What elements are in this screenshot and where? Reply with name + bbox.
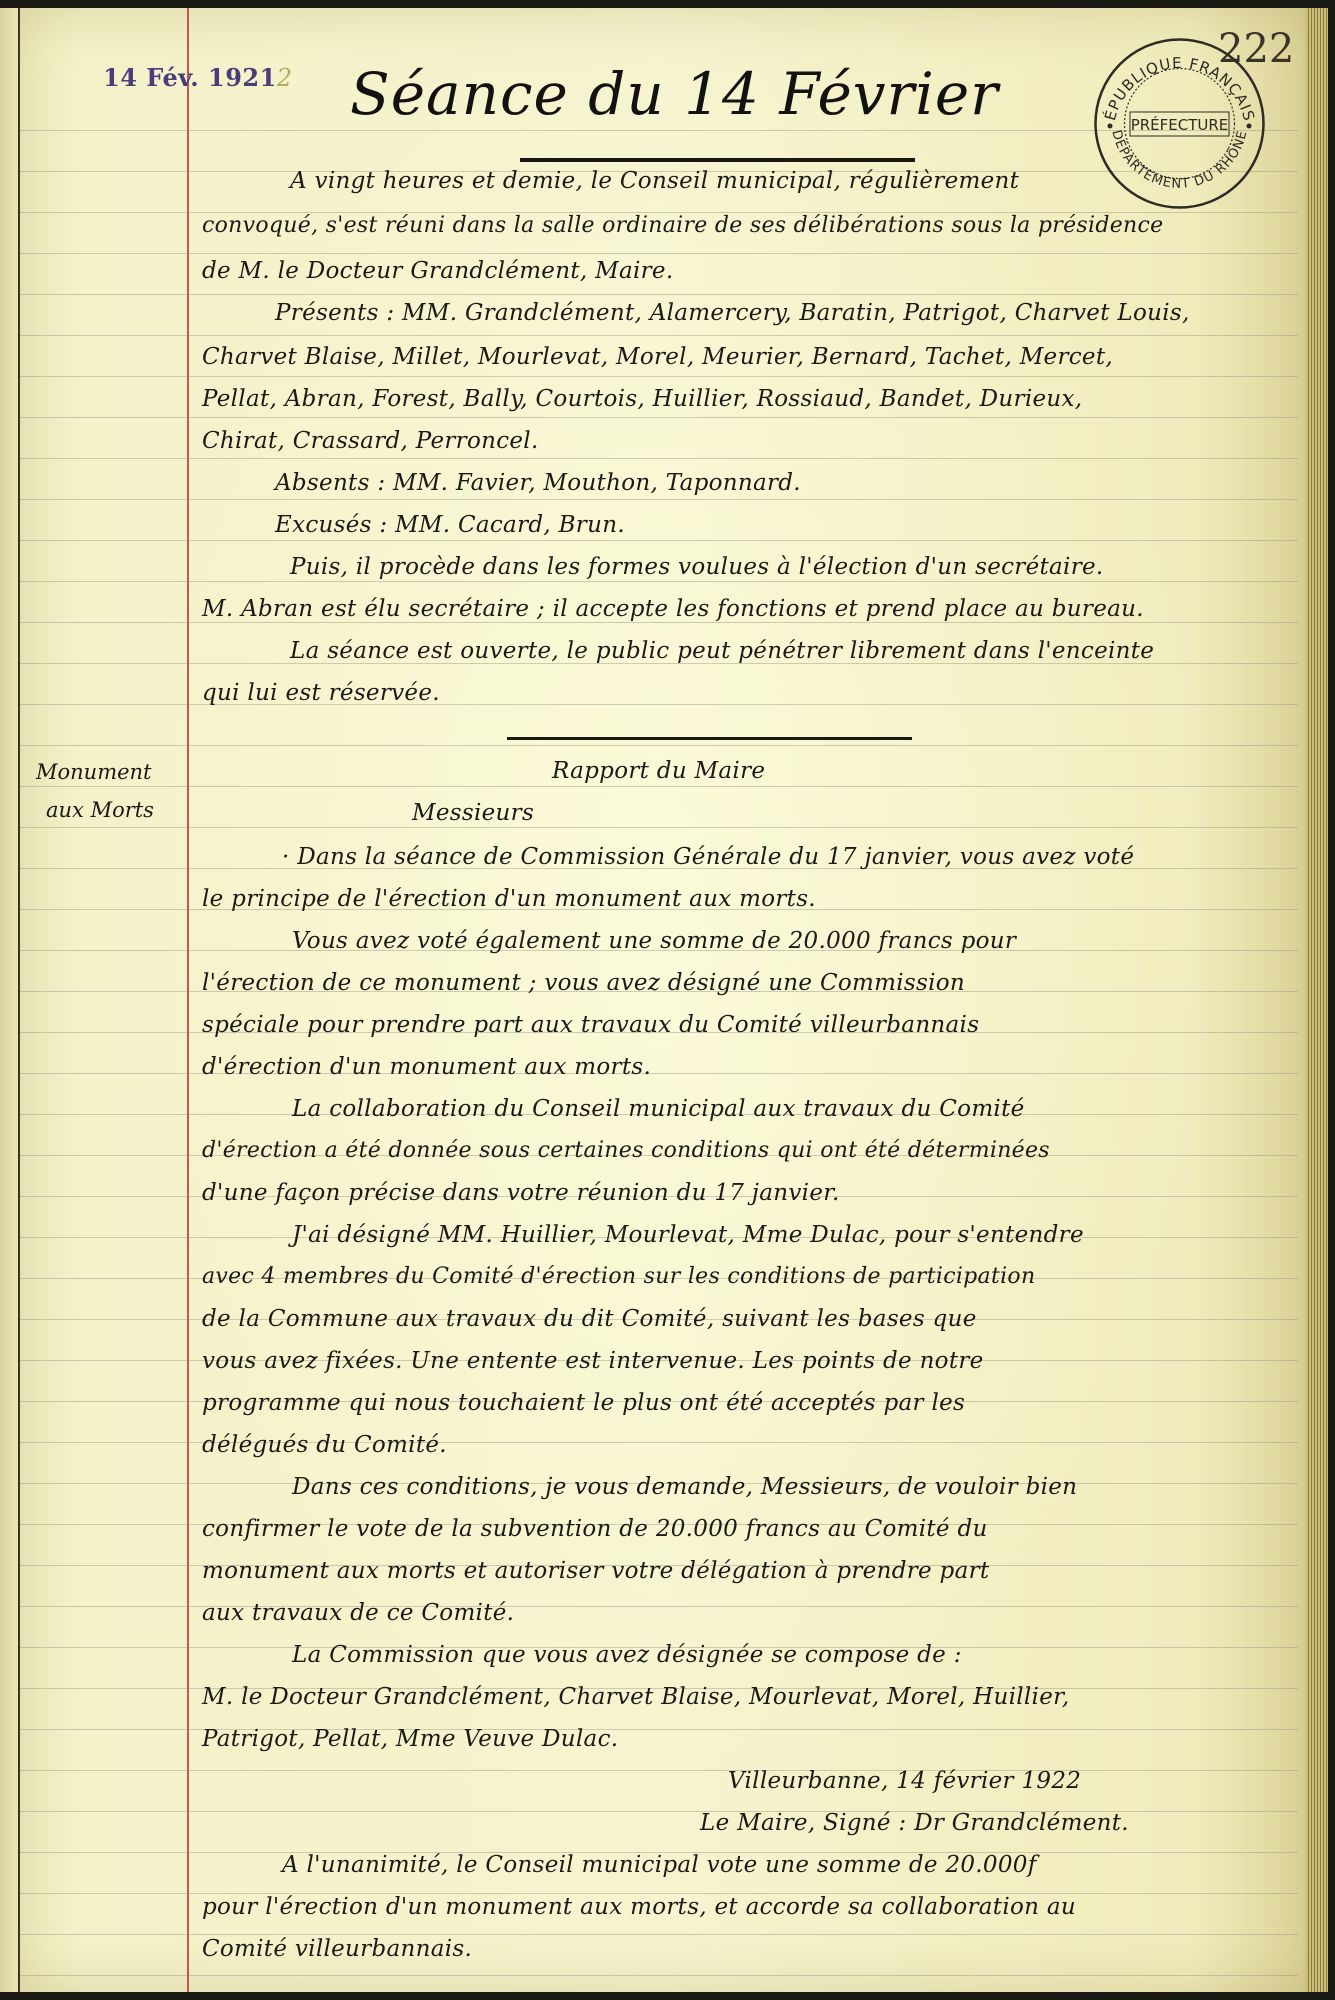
svg-text:PRÉFECTURE: PRÉFECTURE	[1131, 115, 1229, 134]
report-line: de la Commune aux travaux du dit Comité,…	[202, 1306, 977, 1332]
report-line: d'une façon précise dans votre réunion d…	[202, 1180, 840, 1206]
date-overwrite: 2	[277, 64, 293, 92]
margin-note: aux Morts	[46, 798, 154, 822]
title-underline	[520, 158, 915, 162]
date-stamp-text: 14 Fév. 1921	[103, 63, 277, 92]
report-line: Dans ces conditions, je vous demande, Me…	[292, 1474, 1077, 1500]
secretary-line: M. Abran est élu secrétaire ; il accepte…	[202, 596, 1144, 622]
opening-line: convoqué, s'est réuni dans la salle ordi…	[202, 213, 1163, 238]
page-title: Séance du 14 Février	[350, 60, 999, 128]
report-line: La Commission que vous avez désignée se …	[292, 1642, 962, 1668]
report-line: M. le Docteur Grandclément, Charvet Blai…	[202, 1684, 1070, 1710]
secretary-line: Puis, il procède dans les formes voulues…	[290, 554, 1104, 580]
resolution-line: Comité villeurbannais.	[202, 1936, 472, 1962]
session-open-line: La séance est ouverte, le public peut pé…	[290, 638, 1154, 664]
report-line: programme qui nous touchaient le plus on…	[202, 1390, 965, 1416]
report-heading: Rapport du Maire	[552, 758, 765, 784]
resolution-line: A l'unanimité, le Conseil municipal vote…	[282, 1852, 1037, 1878]
report-salutation: Messieurs	[412, 800, 534, 826]
report-line: d'érection d'un monument aux morts.	[202, 1054, 651, 1080]
report-line: spéciale pour prendre part aux travaux d…	[202, 1012, 979, 1038]
report-line: Vous avez voté également une somme de 20…	[292, 928, 1016, 954]
report-line: monument aux morts et autoriser votre dé…	[202, 1558, 989, 1584]
report-line: l'érection de ce monument ; vous avez dé…	[202, 970, 965, 996]
opening-line: de M. le Docteur Grandclément, Maire.	[202, 258, 673, 284]
svg-text:DÉPARTEMENT DU RHÔNE: DÉPARTEMENT DU RHÔNE	[1108, 128, 1250, 191]
report-line: le principe de l'érection d'un monument …	[202, 886, 816, 912]
report-line: · Dans la séance de Commission Générale …	[282, 844, 1134, 870]
present-list: Charvet Blaise, Millet, Mourlevat, Morel…	[202, 344, 1113, 370]
session-open-line: qui lui est réservée.	[202, 680, 440, 706]
report-line: avec 4 membres du Comité d'érection sur …	[202, 1264, 1035, 1289]
report-signature: Le Maire, Signé : Dr Grandclément.	[700, 1810, 1129, 1836]
margin-note: Monument	[36, 760, 152, 784]
section-divider	[507, 737, 912, 740]
prefecture-seal-icon: RÉPUBLIQUE FRANÇAISE DÉPARTEMENT DU RHÔN…	[1092, 36, 1267, 211]
register-page: 14 Fév. 19212 Séance du 14 Février 222 R…	[0, 8, 1328, 1992]
report-line: La collaboration du Conseil municipal au…	[292, 1096, 1025, 1122]
report-line: confirmer le vote de la subvention de 20…	[202, 1516, 988, 1542]
absent-list: Absents : MM. Favier, Mouthon, Taponnard…	[275, 470, 801, 496]
present-list: Chirat, Crassard, Perroncel.	[202, 428, 539, 454]
date-stamp: 14 Fév. 19212	[103, 63, 293, 92]
svg-text:RÉPUBLIQUE FRANÇAISE: RÉPUBLIQUE FRANÇAISE	[1092, 36, 1258, 123]
page-binding	[0, 8, 20, 1992]
page-edges	[1306, 8, 1328, 1992]
present-list: Pellat, Abran, Forest, Bally, Courtois, …	[202, 386, 1082, 412]
report-line: aux travaux de ce Comité.	[202, 1600, 514, 1626]
report-line: délégués du Comité.	[202, 1432, 447, 1458]
resolution-line: pour l'érection d'un monument aux morts,…	[202, 1894, 1076, 1920]
opening-line: A vingt heures et demie, le Conseil muni…	[290, 168, 1019, 194]
red-margin-line	[187, 8, 189, 1992]
report-place-date: Villeurbanne, 14 février 1922	[728, 1768, 1081, 1794]
excused-list: Excusés : MM. Cacard, Brun.	[275, 512, 625, 538]
present-list: Présents : MM. Grandclément, Alamercery,…	[275, 300, 1190, 326]
report-line: d'érection a été donnée sous certaines c…	[202, 1138, 1050, 1163]
report-line: vous avez fixées. Une entente est interv…	[202, 1348, 984, 1374]
report-line: Patrigot, Pellat, Mme Veuve Dulac.	[202, 1726, 618, 1752]
report-line: J'ai désigné MM. Huillier, Mourlevat, Mm…	[292, 1222, 1084, 1248]
